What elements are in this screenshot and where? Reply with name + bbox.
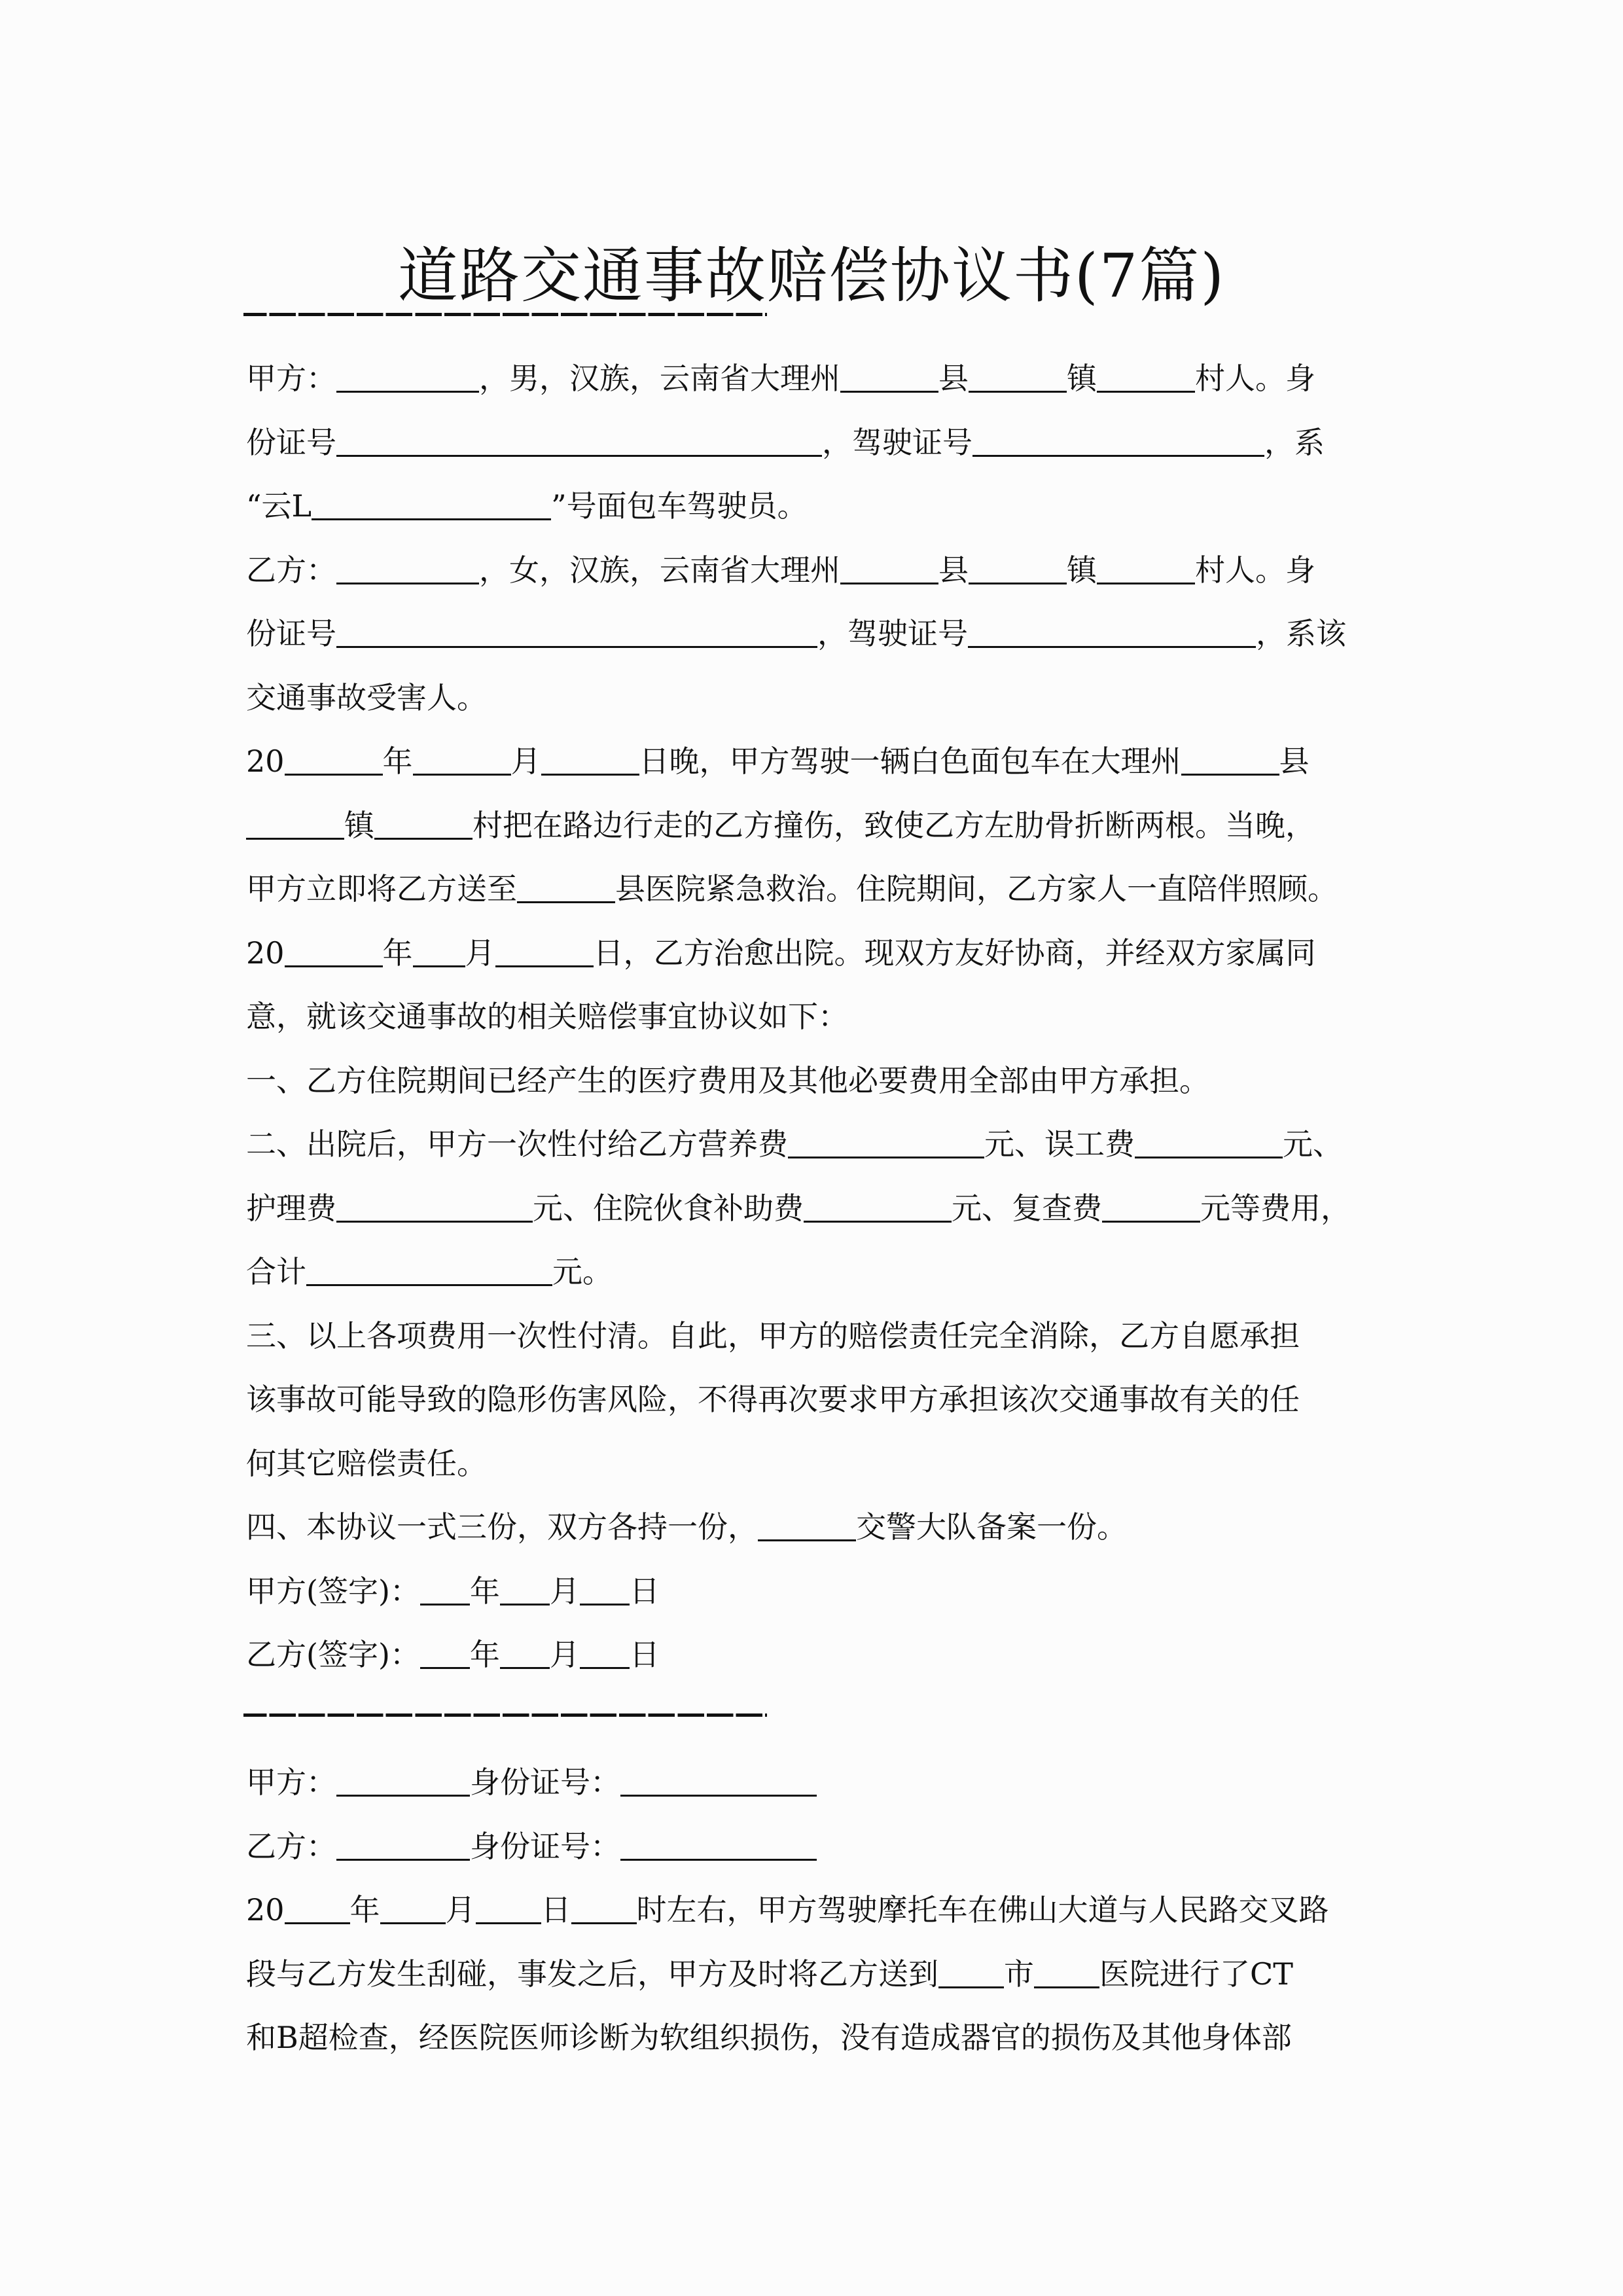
incident-text: 段与乙方发生刮碰，事发之后，甲方及时将乙方送到 [246,1956,938,1992]
document-page: 道路交通事故赔偿协议书(7篇) 甲方：，男，汉族，云南省大理州县镇村人。身 份证… [0,0,1623,2296]
party-b-line-1: 乙方：，女，汉族，云南省大理州县镇村人。身 [246,539,1380,603]
clause-2-line-2: 护理费元、住院伙食补助费元、复查费元等费用， [246,1177,1380,1241]
year-label: 年 [470,1573,500,1609]
id-number-label: 份证号 [246,616,336,651]
plate-number-blank[interactable] [312,492,551,520]
clause-text: 四、本协议一式三份，双方各持一份， [246,1509,758,1545]
party-a-town-blank[interactable] [969,365,1067,393]
plate-prefix: “云L [246,488,312,524]
month-label: 月 [550,1573,580,1609]
year-label: 年 [470,1637,500,1672]
plate-suffix: ”号面包车驾驶员。 [551,488,808,524]
license-label: ，驾驶证号 [817,616,968,651]
s2-incident-line-3: 和B超检查，经医院医师诊断为软组织损伤，没有造成器官的损伤及其他身体部 [246,2006,1380,2070]
clause-2-line-1: 二、出院后，甲方一次性付给乙方营养费元、误工费元、 [246,1113,1380,1177]
year-prefix: 20 [246,935,285,971]
year-prefix: 20 [246,1892,285,1928]
clause-text: 元、 [1283,1126,1343,1162]
year-label: 年 [350,1892,380,1928]
hospital-county-blank[interactable] [517,875,615,903]
s2-party-b-name-blank[interactable] [336,1833,470,1861]
clause-4: 四、本协议一式三份，双方各持一份，交警大队备案一份。 [246,1496,1380,1560]
clause-text: 交警大队备案一份。 [856,1509,1127,1545]
county-label: 县 [938,552,969,588]
month-label: 月 [550,1637,580,1672]
county-label: 县 [938,361,969,396]
party-a-id-blank[interactable] [336,429,822,457]
s2-incident-line-1: 20年月日时左右，甲方驾驶摩托车在佛山大道与人民路交叉路 [246,1878,1380,1943]
day-label: 日 [630,1637,660,1672]
s2-hour-blank[interactable] [571,1896,637,1924]
village-label: 村人。身 [1195,361,1315,396]
year-label: 年 [383,935,413,971]
incident-line-2: 镇村把在路边行走的乙方撞伤，致使乙方左肋骨折断两根。当晚， [246,794,1380,858]
clause-2-line-3: 合计元。 [246,1240,1380,1304]
clause-text: 元、住院伙食补助费 [533,1191,804,1226]
sign-a-year-blank[interactable] [420,1577,470,1605]
license-label: ，驾驶证号 [822,425,972,460]
town-label: 镇 [344,808,374,843]
party-b-line2-end: ，系该 [1256,616,1346,651]
document-title: 道路交通事故赔偿协议书(7篇) [0,237,1623,315]
incident-line-4: 20年月日，乙方治愈出院。现双方友好协商，并经双方家属同 [246,922,1380,986]
town-label: 镇 [1067,552,1097,588]
meal-subsidy-blank[interactable] [804,1194,952,1223]
clause-text: 护理费 [246,1191,336,1226]
party-a-county-blank[interactable] [840,365,938,393]
incident-line-5: 意，就该交通事故的相关赔偿事宜协议如下： [246,985,1380,1049]
s2-party-a-id-blank[interactable] [620,1768,817,1797]
discharge-day-blank[interactable] [495,939,594,967]
s2-incident-line-2: 段与乙方发生刮碰，事发之后，甲方及时将乙方送到市医院进行了CT [246,1943,1380,2007]
incident-town-blank[interactable] [246,812,344,840]
id-number-label: 身份证号： [470,1765,620,1800]
agreement-section-1: 甲方：，男，汉族，云南省大理州县镇村人。身 份证号，驾驶证号，系 “云L”号面包… [246,347,1380,1687]
incident-text: 日晚，甲方驾驶一辆白色面包车在大理州 [639,744,1181,779]
incident-text: 村把在路边行走的乙方撞伤，致使乙方左肋骨折断两根。当晚， [473,808,1315,843]
signature-party-a: 甲方(签字)：年月日 [246,1560,1380,1624]
incident-line-1: 20年月日晚，甲方驾驶一辆白色面包车在大理州县 [246,730,1380,794]
month-label: 月 [446,1892,476,1928]
clause-text: 二、出院后，甲方一次性付给乙方营养费 [246,1126,788,1162]
party-b-town-blank[interactable] [969,556,1067,584]
year-label: 年 [383,744,413,779]
village-label: 村人。身 [1195,552,1315,588]
party-b-county-blank[interactable] [840,556,938,584]
day-blank[interactable] [541,747,639,776]
clause-text: 元、误工费 [984,1126,1135,1162]
id-number-label: 份证号 [246,425,336,460]
clause-3-line-2: 该事故可能导致的隐形伤害风险，不得再次要求甲方承担该次交通事故有关的任 [246,1368,1380,1432]
clause-text: 元等费用， [1200,1191,1351,1226]
party-b-village-blank[interactable] [1097,556,1195,584]
reexam-fee-blank[interactable] [1102,1194,1200,1223]
incident-county-blank[interactable] [1181,747,1279,776]
incident-text: 县医院紧急救治。住院期间，乙方家人一直陪伴照顾。 [615,871,1338,906]
party-b-id-blank[interactable] [336,620,817,648]
year-blank[interactable] [285,747,383,776]
sign-a-month-blank[interactable] [500,1577,550,1605]
s2-party-a: 甲方：身份证号： [246,1751,1380,1815]
clause-3-line-3: 何其它赔偿责任。 [246,1432,1380,1496]
signature-label: 甲方(签字)： [246,1573,420,1609]
total-amount-blank[interactable] [306,1258,552,1286]
discharge-month-blank[interactable] [413,939,465,967]
incident-text: 甲方立即将乙方送至 [246,871,517,906]
separator-line [243,313,767,316]
party-a-line-2: 份证号，驾驶证号，系 [246,411,1380,475]
party-a-line-3: “云L”号面包车驾驶员。 [246,475,1380,539]
clause-text: 元、复查费 [952,1191,1102,1226]
s2-party-a-name-blank[interactable] [336,1768,470,1797]
month-label: 月 [465,935,495,971]
signature-party-b: 乙方(签字)：年月日 [246,1623,1380,1687]
discharge-year-blank[interactable] [285,939,383,967]
party-a-label: 甲方： [246,1765,336,1800]
s2-year-blank[interactable] [285,1896,350,1924]
county-label: 县 [1279,744,1310,779]
party-a-line2-end: ，系 [1264,425,1325,460]
clause-text: 元。 [552,1254,613,1289]
party-b-line-3: 交通事故受害人。 [246,666,1380,730]
incident-text: 时左右，甲方驾驶摩托车在佛山大道与人民路交叉路 [637,1892,1329,1928]
signature-label: 乙方(签字)： [246,1637,420,1672]
s2-party-b: 乙方：身份证号： [246,1815,1380,1879]
party-b-line-2: 份证号，驾驶证号，系该 [246,602,1380,666]
day-label: 日 [541,1892,571,1928]
nursing-fee-blank[interactable] [336,1194,533,1223]
s2-city-blank[interactable] [938,1960,1004,1988]
incident-line-3: 甲方立即将乙方送至县医院紧急救治。住院期间，乙方家人一直陪伴照顾。 [246,857,1380,922]
city-label: 市 [1004,1956,1034,1992]
incident-text: 医院进行了CT [1099,1956,1293,1992]
day-label: 日 [630,1573,660,1609]
month-label: 月 [511,744,541,779]
year-prefix: 20 [246,744,285,779]
party-b-license-blank[interactable] [968,620,1256,648]
sign-b-day-blank[interactable] [580,1641,630,1669]
agreement-section-2: 甲方：身份证号： 乙方：身份证号： 20年月日时左右，甲方驾驶摩托车在佛山大道与… [246,1751,1380,2070]
party-a-line-1: 甲方：，男，汉族，云南省大理州县镇村人。身 [246,347,1380,411]
sign-b-year-blank[interactable] [420,1641,470,1669]
party-a-text: ，男，汉族，云南省大理州 [479,361,840,396]
party-a-label: 甲方： [246,361,336,396]
s2-party-b-id-blank[interactable] [620,1833,817,1861]
party-b-label: 乙方： [246,1829,336,1864]
party-b-name-blank[interactable] [336,556,479,584]
s2-day-blank[interactable] [476,1896,541,1924]
incident-village-blank[interactable] [374,812,473,840]
party-a-name-blank[interactable] [336,365,479,393]
party-a-village-blank[interactable] [1097,365,1195,393]
lost-wages-blank[interactable] [1135,1130,1283,1158]
party-b-text: ，女，汉族，云南省大理州 [479,552,840,588]
clause-text: 合计 [246,1254,306,1289]
month-blank[interactable] [413,747,511,776]
party-a-license-blank[interactable] [972,429,1264,457]
party-b-label: 乙方： [246,552,336,588]
incident-text: 日，乙方治愈出院。现双方友好协商，并经双方家属同 [594,935,1316,971]
s2-hospital-blank[interactable] [1034,1960,1099,1988]
nutrition-fee-blank[interactable] [788,1130,984,1158]
id-number-label: 身份证号： [470,1829,620,1864]
separator-line [243,1713,767,1717]
sign-a-day-blank[interactable] [580,1577,630,1605]
town-label: 镇 [1067,361,1097,396]
clause-1: 一、乙方住院期间已经产生的医疗费用及其他必要费用全部由甲方承担。 [246,1049,1380,1113]
police-unit-blank[interactable] [758,1513,856,1541]
sign-b-month-blank[interactable] [500,1641,550,1669]
clause-3-line-1: 三、以上各项费用一次性付清。自此，甲方的赔偿责任完全消除，乙方自愿承担 [246,1304,1380,1369]
s2-month-blank[interactable] [380,1896,446,1924]
